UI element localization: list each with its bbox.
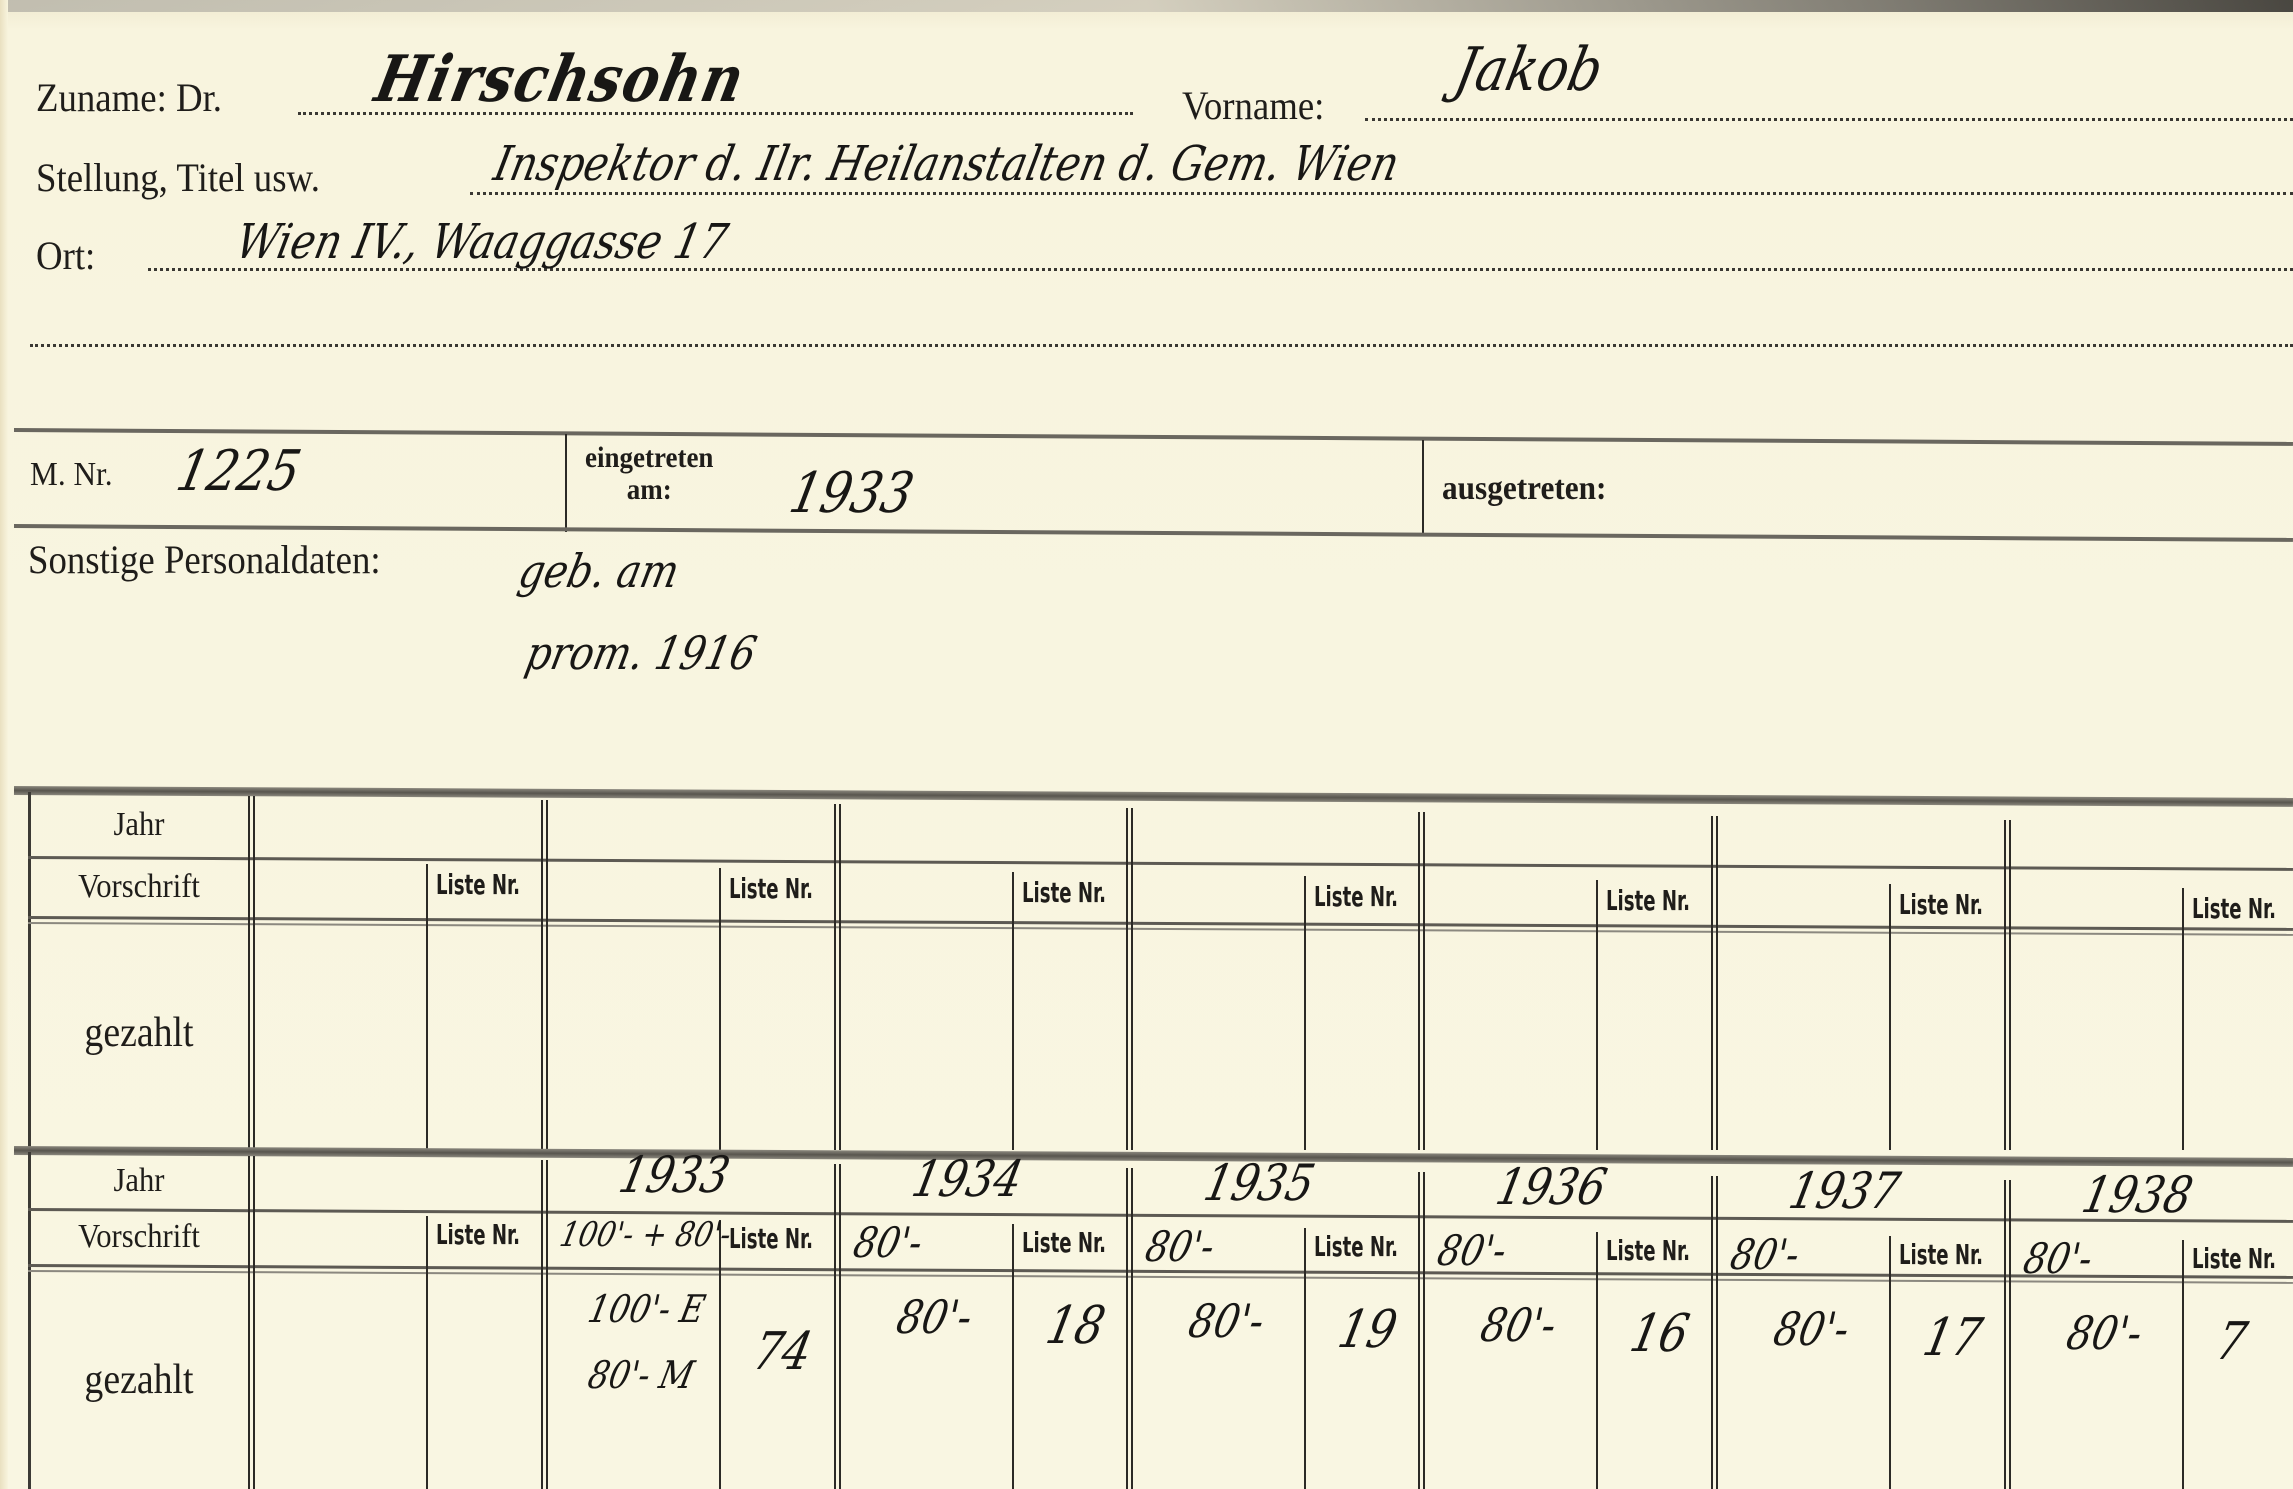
column-group-divider [1418,1172,1425,1489]
column-group-divider [1711,1176,1718,1489]
mnr-label: M. Nr. [30,458,113,492]
column-group-divider [2004,1180,2011,1489]
vorschrift-value[interactable]: 80'- [2020,1238,2096,1280]
gezahlt-value[interactable]: 80'- [1770,1306,1854,1352]
jahr-label: Jahr [39,806,239,844]
table-top-rule [14,786,2293,807]
gezahlt-value-2[interactable]: 80'- M [585,1356,697,1394]
column-group-divider [1711,816,1718,1150]
stellung-value[interactable]: Inspektor d. Ilr. Heilanstalten d. Gem. … [490,140,1403,188]
column-group-divider [1418,812,1425,1150]
liste-nr-value[interactable]: 17 [1919,1312,1986,1364]
column-group-divider [2004,820,2011,1150]
vorschrift-value[interactable]: 100'- + 80'- [557,1218,734,1252]
liste-nr-header: Liste Nr. [1314,880,1398,913]
liste-divider [1304,876,1306,1150]
vorname-line [1365,118,2293,121]
eingetreten-value[interactable]: 1933 [785,466,918,522]
table-left-border [28,1152,31,1489]
ort-label: Ort: [36,236,95,276]
liste-divider [1596,1232,1598,1489]
ausgetreten-label: ausgetreten: [1442,472,1606,506]
liste-divider [426,864,428,1150]
gezahlt-label: gezahlt [39,1009,239,1057]
gezahlt-value[interactable]: 80'- [1477,1302,1561,1348]
column-group-divider [1126,1168,1133,1489]
row-divider-jahr [28,856,2293,871]
liste-nr-header: Liste Nr. [436,1218,520,1251]
liste-nr-header: Liste Nr. [2192,1242,2276,1275]
vorschrift-value[interactable]: 80'- [1142,1226,1218,1268]
column-group-divider [834,804,841,1150]
liste-divider [719,868,721,1150]
stellung-label: Stellung, Titel usw. [36,158,320,198]
vorname-value[interactable]: Jakob [1450,40,1608,100]
column-group-divider [248,1156,255,1489]
liste-divider [426,1216,428,1489]
ort-value[interactable]: Wien IV., Waaggasse 17 [232,218,732,266]
eingetreten-label-line2: am: [585,474,713,506]
liste-nr-header: Liste Nr. [1606,1234,1690,1267]
vorschrift-label: Vorschrift [39,1218,239,1256]
extra-address-line [30,344,2293,347]
liste-nr-header: Liste Nr. [729,872,813,905]
liste-divider [1889,1236,1891,1489]
member-index-card: Zuname: Dr. Hirschsohn Vorname: Jakob St… [0,0,2293,1489]
card-top-edge-shadow [0,0,2293,12]
mnr-value[interactable]: 1225 [172,444,305,500]
liste-divider [2182,888,2184,1150]
liste-nr-value[interactable]: 18 [1042,1300,1109,1352]
liste-divider [719,1220,721,1489]
liste-nr-value[interactable]: 16 [1626,1308,1693,1360]
table-top-rule [14,1146,2293,1167]
sonstige-label: Sonstige Personaldaten: [28,540,381,580]
column-group-divider [541,800,548,1150]
sonstige-line2[interactable]: prom. 1916 [522,630,760,676]
jahr-value[interactable]: 1936 [1492,1162,1611,1212]
liste-divider [2182,1240,2184,1489]
column-group-divider [1126,808,1133,1150]
gezahlt-value[interactable]: 80'- [2063,1310,2147,1356]
stellung-line [470,192,2293,195]
liste-nr-header: Liste Nr. [1314,1230,1398,1263]
zuname-label: Zuname: Dr. [36,78,222,118]
liste-nr-header: Liste Nr. [2192,892,2276,925]
liste-nr-header: Liste Nr. [729,1222,813,1255]
jahr-label: Jahr [39,1162,239,1200]
gezahlt-value[interactable]: 80'- [1185,1298,1269,1344]
liste-divider [1596,880,1598,1150]
section-rule-top [14,428,2293,446]
jahr-value[interactable]: 1933 [615,1150,734,1200]
gezahlt-value[interactable]: 80'- [893,1294,977,1340]
payment-table-empty: JahrVorschriftgezahltListe Nr.Liste Nr.L… [28,786,2293,1150]
vorschrift-value[interactable]: 80'- [1727,1234,1803,1276]
zuname-value[interactable]: Hirschsohn [370,48,751,112]
liste-nr-value[interactable]: 74 [749,1326,816,1378]
liste-nr-header: Liste Nr. [1606,884,1690,917]
liste-nr-value[interactable]: 7 [2212,1316,2251,1368]
gezahlt-value[interactable]: 100'- E [585,1290,708,1328]
liste-nr-header: Liste Nr. [1022,1226,1106,1259]
vorschrift-label: Vorschrift [39,868,239,906]
liste-nr-header: Liste Nr. [1899,888,1983,921]
jahr-value[interactable]: 1934 [908,1154,1027,1204]
sonstige-line1[interactable]: geb. am [515,548,683,594]
liste-divider [1889,884,1891,1150]
table-left-border [28,792,31,1150]
column-group-divider [834,1164,841,1489]
column-group-divider [541,1160,548,1489]
liste-nr-header: Liste Nr. [436,868,520,901]
jahr-value[interactable]: 1935 [1200,1158,1319,1208]
vorschrift-value[interactable]: 80'- [850,1222,926,1264]
liste-nr-header: Liste Nr. [1022,876,1106,909]
row-divider-jahr [28,1208,2293,1223]
ausgetreten-divider [1422,440,1424,536]
eingetreten-label: eingetreten am: [585,442,713,505]
payment-table-filled: JahrVorschriftgezahltListe Nr.Liste Nr.1… [28,1146,2293,1489]
liste-nr-header: Liste Nr. [1899,1238,1983,1271]
vorschrift-value[interactable]: 80'- [1434,1230,1510,1272]
gezahlt-label: gezahlt [39,1356,239,1404]
mnr-divider [565,434,567,532]
liste-divider [1012,1224,1014,1489]
jahr-value[interactable]: 1937 [1785,1166,1904,1216]
column-group-divider [248,796,255,1150]
card-left-edge [0,0,8,1489]
liste-nr-value[interactable]: 19 [1334,1304,1401,1356]
jahr-value[interactable]: 1938 [2078,1170,2197,1220]
liste-divider [1012,872,1014,1150]
liste-divider [1304,1228,1306,1489]
eingetreten-label-line1: eingetreten [585,442,713,474]
vorname-label: Vorname: [1182,86,1324,126]
